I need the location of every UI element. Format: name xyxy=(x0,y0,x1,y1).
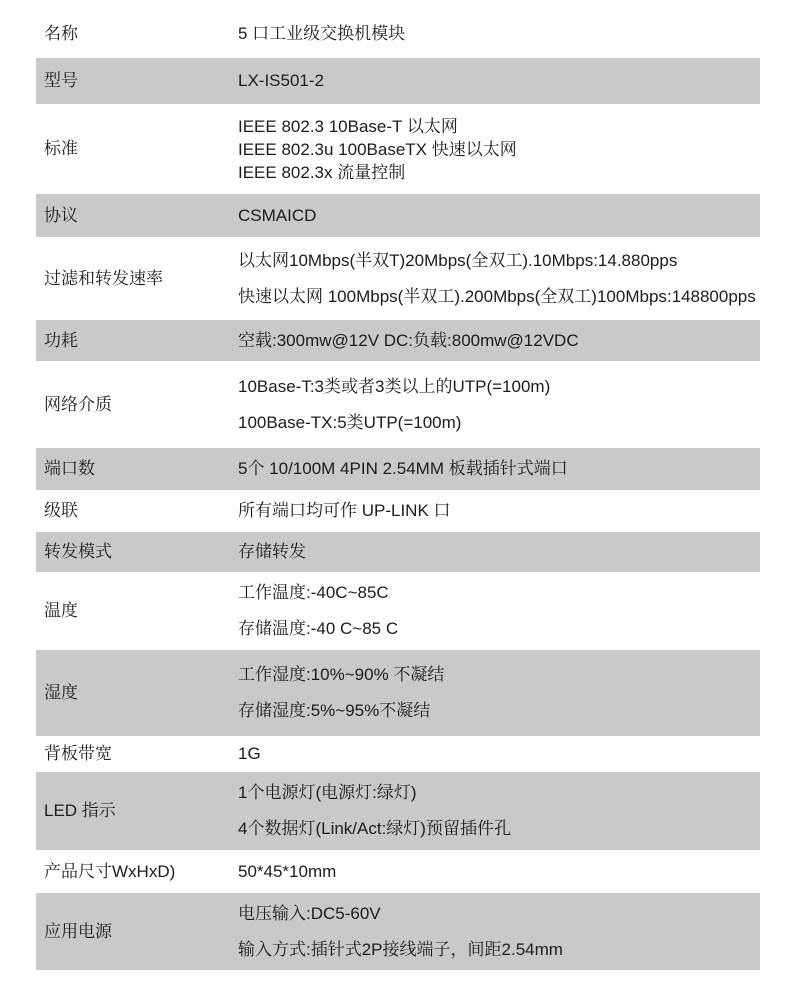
table-row-standard: 标准 IEEE 802.3 10Base-T 以太网 IEEE 802.3u 1… xyxy=(36,104,760,194)
spec-value: 4个数据灯(Link/Act:绿灯)预留插件孔 xyxy=(238,811,754,847)
table-row-dimensions: 产品尺寸WxHxD) 50*45*10mm xyxy=(36,850,760,893)
spec-value: 5个 10/100M 4PIN 2.54MM 板载插针式端口 xyxy=(238,451,754,487)
spec-value: IEEE 802.3u 100BaseTX 快速以太网 xyxy=(238,138,754,161)
spec-value: 50*45*10mm xyxy=(238,854,754,890)
spec-label: 网络介质 xyxy=(44,394,238,416)
table-row-humidity: 湿度 工作湿度:10%~90% 不凝结 存储湿度:5%~95%不凝结 xyxy=(36,650,760,736)
spec-value: IEEE 802.3 10Base-T 以太网 xyxy=(238,115,754,138)
spec-value: 10Base-T:3类或者3类以上的UTP(=100m) xyxy=(238,369,754,405)
spec-value: CSMAICD xyxy=(238,198,754,234)
spec-value: 所有端口均可作 UP-LINK 口 xyxy=(238,493,754,529)
spec-value: 100Base-TX:5类UTP(=100m) xyxy=(238,405,754,441)
spec-label: 型号 xyxy=(44,70,238,92)
spec-value: 存储转发 xyxy=(238,534,754,570)
spec-value: 以太网10Mbps(半双T)20Mbps(全双工).10Mbps:14.880p… xyxy=(238,243,756,279)
table-row-power-consumption: 功耗 空载:300mw@12V DC:负载:800mw@12VDC xyxy=(36,320,760,361)
spec-table: 名称 5 口工业级交换机模块 型号 LX-IS501-2 标准 IEEE 802… xyxy=(36,10,760,970)
spec-label: 标准 xyxy=(44,138,238,160)
table-row-temperature: 温度 工作温度:-40C~85C 存储温度:-40 C~85 C xyxy=(36,572,760,650)
spec-label: 湿度 xyxy=(44,682,238,704)
spec-value: IEEE 802.3x 流量控制 xyxy=(238,161,754,184)
spec-label: 级联 xyxy=(44,500,238,522)
spec-page: 名称 5 口工业级交换机模块 型号 LX-IS501-2 标准 IEEE 802… xyxy=(0,0,790,1001)
spec-value: 工作湿度:10%~90% 不凝结 xyxy=(238,657,754,693)
spec-value: 1G xyxy=(238,736,754,772)
spec-value: 输入方式:插针式2P接线端子，间距2.54mm xyxy=(238,932,754,968)
spec-value: 工作温度:-40C~85C xyxy=(238,575,754,611)
spec-label: 背板带宽 xyxy=(44,743,238,765)
table-row-port-count: 端口数 5个 10/100M 4PIN 2.54MM 板载插针式端口 xyxy=(36,448,760,490)
spec-label: 协议 xyxy=(44,205,238,227)
spec-value: 快速以太网 100Mbps(半双工).200Mbps(全双工)100Mbps:1… xyxy=(238,279,756,315)
spec-label: 端口数 xyxy=(44,458,238,480)
table-row-name: 名称 5 口工业级交换机模块 xyxy=(36,10,760,58)
table-row-model: 型号 LX-IS501-2 xyxy=(36,58,760,104)
spec-value: 1个电源灯(电源灯:绿灯) xyxy=(238,775,754,811)
table-row-led-indicator: LED 指示 1个电源灯(电源灯:绿灯) 4个数据灯(Link/Act:绿灯)预… xyxy=(36,772,760,850)
table-row-forward-mode: 转发模式 存储转发 xyxy=(36,532,760,572)
spec-value: LX-IS501-2 xyxy=(238,63,754,99)
spec-value: 存储温度:-40 C~85 C xyxy=(238,611,754,647)
spec-label: LED 指示 xyxy=(44,800,238,822)
spec-label: 功耗 xyxy=(44,330,238,352)
spec-label: 过滤和转发速率 xyxy=(44,268,238,290)
table-row-network-media: 网络介质 10Base-T:3类或者3类以上的UTP(=100m) 100Bas… xyxy=(36,361,760,448)
table-row-protocol: 协议 CSMAICD xyxy=(36,194,760,237)
spec-label: 产品尺寸WxHxD) xyxy=(44,861,238,883)
spec-value: 5 口工业级交换机模块 xyxy=(238,16,754,52)
spec-value: 电压输入:DC5-60V xyxy=(238,896,754,932)
table-row-backplane-bandwidth: 背板带宽 1G xyxy=(36,736,760,772)
spec-label: 转发模式 xyxy=(44,541,238,563)
table-row-power-supply: 应用电源 电压输入:DC5-60V 输入方式:插针式2P接线端子，间距2.54m… xyxy=(36,893,760,970)
spec-label: 名称 xyxy=(44,23,238,45)
spec-value: 存储湿度:5%~95%不凝结 xyxy=(238,693,754,729)
spec-label: 应用电源 xyxy=(44,921,238,943)
spec-value: 空载:300mw@12V DC:负载:800mw@12VDC xyxy=(238,323,754,359)
spec-label: 温度 xyxy=(44,600,238,622)
table-row-cascade: 级联 所有端口均可作 UP-LINK 口 xyxy=(36,490,760,532)
table-row-forwarding-rate: 过滤和转发速率 以太网10Mbps(半双T)20Mbps(全双工).10Mbps… xyxy=(36,237,760,320)
